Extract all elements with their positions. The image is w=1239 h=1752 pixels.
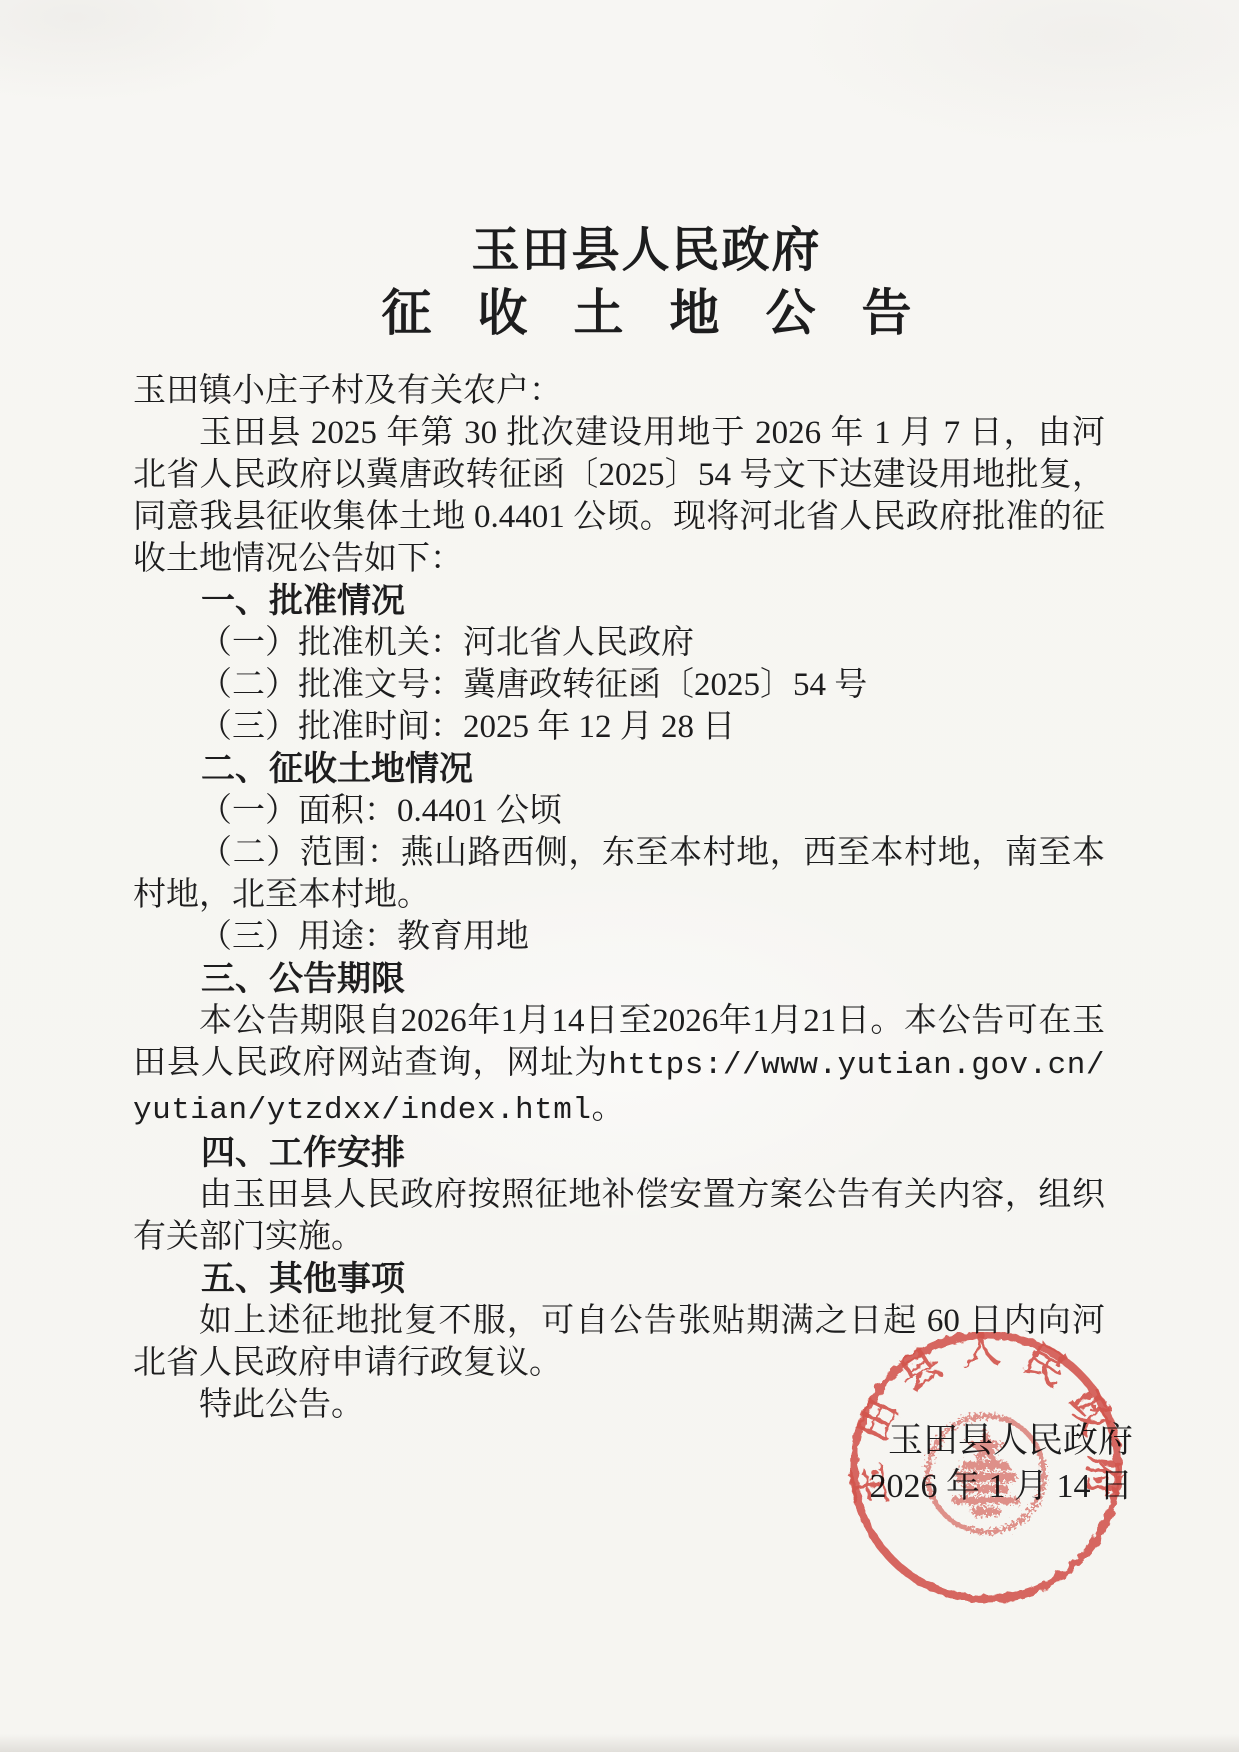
official-seal: 玉田县人民政府 xyxy=(845,1332,1127,1604)
document-title-subject: 征收土地公告 xyxy=(0,282,1239,344)
section-1-heading: 一、批准情况 xyxy=(133,580,1105,622)
scanned-announcement-page: 玉田县人民政府 征收土地公告 玉田镇小庄子村及有关农户： 玉田县 2025 年第… xyxy=(0,0,1239,1752)
seal-emblem-icon xyxy=(928,1416,1044,1532)
section-1-item: （一）批准机关：河北省人民政府 xyxy=(133,622,1105,664)
section-3-heading: 三、公告期限 xyxy=(133,958,1105,1000)
seal-ring-text: 玉田县人民政府 xyxy=(845,1332,1127,1509)
svg-text:玉田县人民政府: 玉田县人民政府 xyxy=(845,1332,1127,1509)
document-body: 玉田镇小庄子村及有关农户： 玉田县 2025 年第 30 批次建设用地于 202… xyxy=(0,370,1239,1426)
section-2-item: （一）面积：0.4401 公顷 xyxy=(133,790,1105,832)
section-1-item: （二）批准文号：冀唐政转征函〔2025〕54 号 xyxy=(133,664,1105,706)
salutation: 玉田镇小庄子村及有关农户： xyxy=(133,370,1105,412)
section-2-item: （三）用途：教育用地 xyxy=(133,916,1105,958)
section-1-item: （三）批准时间：2025 年 12 月 28 日 xyxy=(133,706,1105,748)
document-title-issuer: 玉田县人民政府 xyxy=(0,222,1239,280)
section-2-item: （二）范围：燕山路西侧，东至本村地，西至本村地，南至本村地，北至本村地。 xyxy=(133,832,1105,916)
section-4-heading: 四、工作安排 xyxy=(133,1132,1105,1174)
section-4-item: 由玉田县人民政府按照征地补偿安置方案公告有关内容，组织有关部门实施。 xyxy=(133,1174,1105,1258)
section-2-heading: 二、征收土地情况 xyxy=(133,748,1105,790)
section-5-heading: 五、其他事项 xyxy=(133,1258,1105,1300)
intro-paragraph: 玉田县 2025 年第 30 批次建设用地于 2026 年 1 月 7 日，由河… xyxy=(133,412,1105,580)
period-text-end: 。 xyxy=(591,1090,624,1126)
section-3-paragraph: 本公告期限自2026年1月14日至2026年1月21日。本公告可在玉田县人民政府… xyxy=(133,1000,1105,1132)
